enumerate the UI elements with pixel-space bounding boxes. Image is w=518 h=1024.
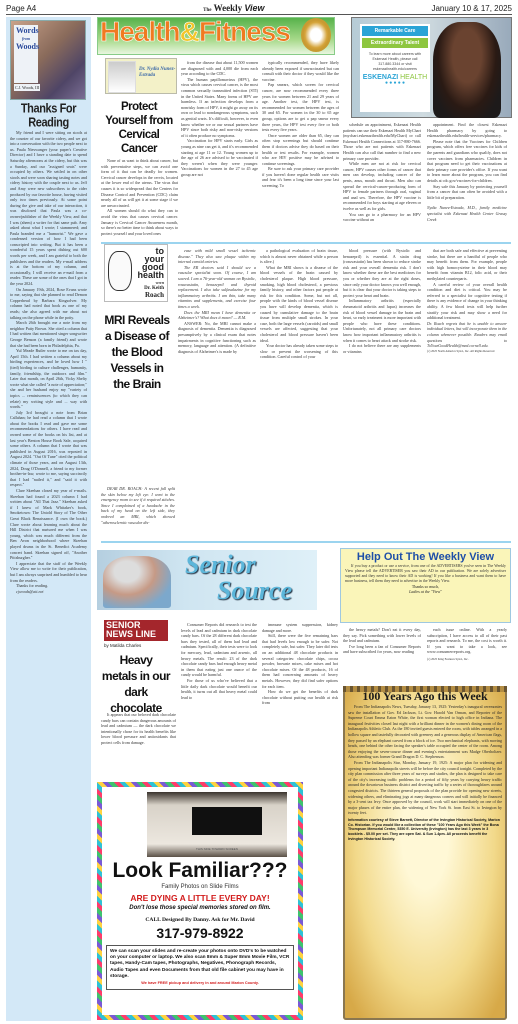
article-col-3: typically recommended, they have likely … [262, 60, 339, 189]
ad-badge-talent: Extraordinary Talent [362, 38, 428, 48]
article-col-2: from the disease that about 11,500 women… [181, 60, 258, 177]
author-signature: Nydia Nunez-Estrada, M.D., family medici… [427, 205, 507, 222]
words-from-woods-column: Words from Woods C.J. Woods, III Thanks … [6, 17, 91, 1021]
nurse-photo [433, 22, 501, 118]
columnist-photo: Words from Woods C.J. Woods, III [10, 20, 86, 100]
help-out-box: Help Out The Weekly View If you buy a pr… [340, 548, 511, 623]
article-col-3: a pathological evaluation of brain tissu… [260, 248, 338, 360]
hundred-years-ago-box: 100 Years Ago this Week From The Indiana… [343, 686, 507, 1020]
columnist-byline: C.J. Woods, III [14, 84, 40, 91]
article-col-5: each issue online. With a yearly subscri… [427, 627, 507, 663]
article-body: My friend and I were sitting on stools a… [10, 130, 87, 594]
box-title: Help Out The Weekly View [345, 551, 506, 564]
ad-body-box: We can scan your slides and re-create yo… [106, 945, 294, 990]
article-col-1: None of us want to think about cancer, b… [101, 158, 178, 236]
senior-couple-photo [103, 556, 171, 608]
senior-source-banner: Senior Source [97, 550, 317, 610]
article-col-5: appointment. Find the closest Eskenazi H… [427, 122, 507, 222]
page-number: Page A4 [6, 4, 36, 13]
column-logo: Words from Woods [14, 25, 38, 83]
credit-line: Information courtesy of Steve Barnett, D… [348, 818, 502, 842]
author-name: Dr. Nydia Nunez-Estrada [139, 67, 176, 79]
section-title: Health&Fitness [100, 16, 290, 48]
article-col-4: schedule an appointment, Eskenazi Health… [343, 122, 421, 223]
issue-date: January 10 & 17, 2025 [431, 4, 512, 13]
page-header: Page A4 The Weekly View January 10 & 17,… [6, 3, 512, 15]
article-col-1: DEAR DR. ROACH: A recent fall split the … [101, 486, 175, 525]
look-familiar-ad[interactable]: THIS SIDE TOWARD SCREEN Look Familiar???… [97, 782, 303, 1020]
slide-film-photo: THIS SIDE TOWARD SCREEN [147, 792, 287, 857]
masthead: The Weekly View [203, 3, 264, 13]
social-icons: ● ● ● ● ● [360, 81, 430, 86]
ad-headline: Look Familiar??? [102, 859, 298, 883]
article-title: Protect Yourself from Cervical Cancer [102, 100, 176, 156]
article-title: MRI Reveals a Disease of the Blood Vesse… [101, 312, 173, 392]
section-divider [101, 541, 511, 543]
ad-phone[interactable]: 317-979-8922 [102, 925, 298, 941]
article-col-5: that are both safe and effective at prev… [427, 248, 507, 353]
health-fitness-banner: Health&Fitness [97, 17, 335, 55]
author-photo [108, 61, 136, 93]
ad-body: To learn more about careers with Eskenaz… [360, 50, 430, 74]
box-title: 100 Years Ago this Week [343, 689, 507, 704]
dr-roach-portrait [108, 251, 132, 291]
pocket-watch-icon [301, 18, 331, 52]
author-box: Dr. Nydia Nunez-Estrada [105, 58, 177, 94]
to-your-good-health-logo: toyourgoodhealth WITHDr. KeithRoach [104, 244, 168, 302]
article-col-1: It appears that our beloved dark chocola… [101, 712, 176, 746]
ad-badge-care: Remarkable Care [362, 26, 428, 36]
article-col-2: ease with mild small vessel ischemic dis… [178, 248, 256, 354]
byline: by Matilda Charles [104, 643, 141, 648]
article-col-3: immune system suppression, kidney damage… [262, 622, 338, 706]
eskenazi-health-ad[interactable]: Remarkable Care Extraordinary Talent To … [351, 17, 512, 118]
eskenazi-logo: ESKENAZI HEALTH [360, 74, 430, 81]
senior-news-line-logo: SENIORNEWS LINE [104, 620, 168, 641]
article-col-2: Consumer Reports did research to test th… [181, 622, 257, 700]
article-col-4: blood pressure (with Bystolic and benaze… [343, 248, 421, 354]
author-email[interactable]: cjwoods@att.net [10, 589, 87, 595]
article-title: Heavy metals in our dark chocolate [101, 652, 171, 716]
article-col-4: the heavy metals? Don't eat it every day… [343, 627, 421, 655]
article-title: Thanks For Reading [10, 102, 87, 130]
